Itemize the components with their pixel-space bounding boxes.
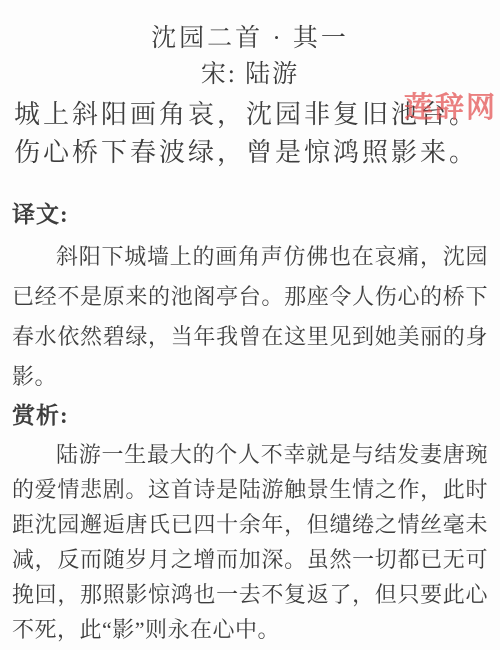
poem-line-2: 伤心桥下春波绿，曾是惊鸿照影来。: [14, 134, 488, 172]
translation-label: 译文:: [12, 200, 488, 230]
analysis-text: 陆游一生最大的个人不幸就是与结发妻唐琬的爱情悲剧。这首诗是陆游触景生情之作，此时…: [12, 437, 488, 647]
site-watermark: 莲辞网: [404, 85, 497, 126]
analysis-label: 赏析:: [12, 401, 488, 431]
analysis-section: 赏析: 陆游一生最大的个人不幸就是与结发妻唐琬的爱情悲剧。这首诗是陆游触景生情之…: [12, 401, 488, 647]
poem-title: 沈园二首 · 其一: [12, 24, 488, 54]
document-page: 沈园二首 · 其一 宋: 陆游 城上斜阳画角哀，沈园非复旧池台。 伤心桥下春波绿…: [0, 0, 500, 650]
translation-section: 译文: 斜阳下城墙上的画角声仿佛也在哀痛，沈园已经不是原来的池阁亭台。那座令人伤…: [12, 200, 488, 397]
translation-text: 斜阳下城墙上的画角声仿佛也在哀痛，沈园已经不是原来的池阁亭台。那座令人伤心的桥下…: [12, 237, 488, 397]
